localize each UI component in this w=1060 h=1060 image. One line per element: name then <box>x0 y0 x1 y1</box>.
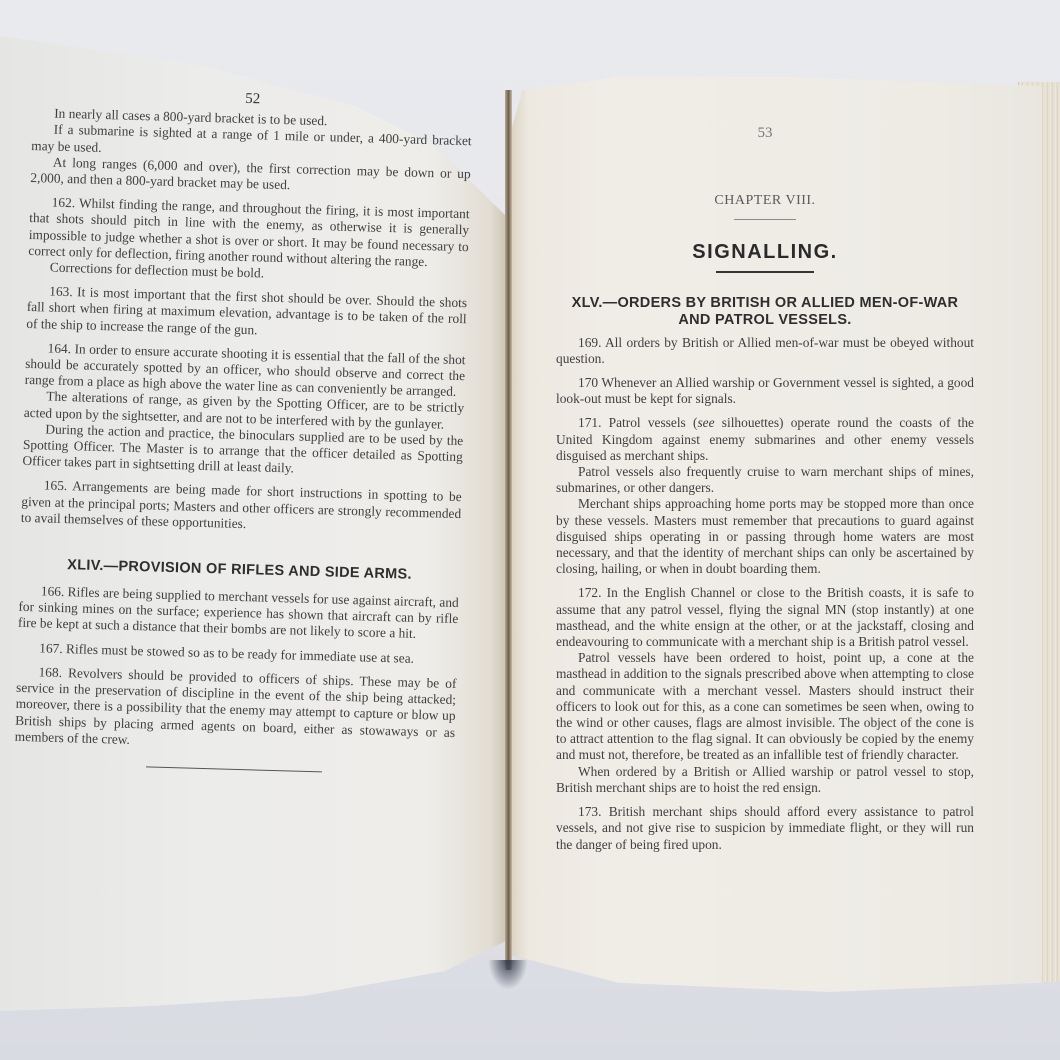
paragraph-166: 166. Rifles are being supplied to mercha… <box>18 583 459 644</box>
section-heading-xliv: XLIV.—PROVISION OF RIFLES AND SIDE ARMS. <box>19 556 459 585</box>
paragraph-162: 162. Whilst finding the range, and throu… <box>28 194 470 271</box>
left-page-text: 52 In nearly all cases a 800-yard bracke… <box>14 85 473 776</box>
paragraph-167: 167. Rifles must be stowed so as to be r… <box>17 639 457 667</box>
paragraph-172b: Patrol vessels have been ordered to hois… <box>556 650 974 763</box>
paragraph-173: 173. British merchant ships should affor… <box>556 804 974 853</box>
open-book: 52 In nearly all cases a 800-yard bracke… <box>0 0 1060 1060</box>
chapter-rule <box>734 219 796 220</box>
section-heading-xlv-line2: AND PATROL VESSELS. <box>556 312 974 329</box>
paragraph-171c: Merchant ships approaching home ports ma… <box>556 496 974 577</box>
paragraph-169: 169. All orders by British or Allied men… <box>556 335 974 367</box>
paragraph-172: 172. In the English Channel or close to … <box>556 585 974 650</box>
book-gutter <box>505 90 512 970</box>
p171-pre: 171. Patrol vessels ( <box>578 415 697 430</box>
paragraph-168: 168. Revolvers should be provided to off… <box>15 664 457 757</box>
title-rule <box>716 271 814 273</box>
spine-shadow <box>488 960 528 990</box>
page-number-right: 53 <box>556 125 974 141</box>
paragraph-165: 165. Arrangements are being made for sho… <box>21 477 462 538</box>
section-heading-xlv-line1: XLV.—ORDERS BY BRITISH OR ALLIED MEN-OF-… <box>556 295 974 312</box>
paragraph-171: 171. Patrol vessels (see silhouettes) op… <box>556 415 974 464</box>
paragraph-171b: Patrol vessels also frequently cruise to… <box>556 464 974 496</box>
paragraph-163: 163. It is most important that the first… <box>26 283 467 344</box>
chapter-label: CHAPTER VIII. <box>556 193 974 209</box>
paragraph-172c: When ordered by a British or Allied wars… <box>556 764 974 796</box>
chapter-title: SIGNALLING. <box>556 244 974 260</box>
p171-italic: see <box>697 415 714 430</box>
paragraph-170: 170 Whenever an Allied warship or Govern… <box>556 375 974 407</box>
right-page-text: 53 CHAPTER VIII. SIGNALLING. XLV.—ORDERS… <box>556 125 974 853</box>
